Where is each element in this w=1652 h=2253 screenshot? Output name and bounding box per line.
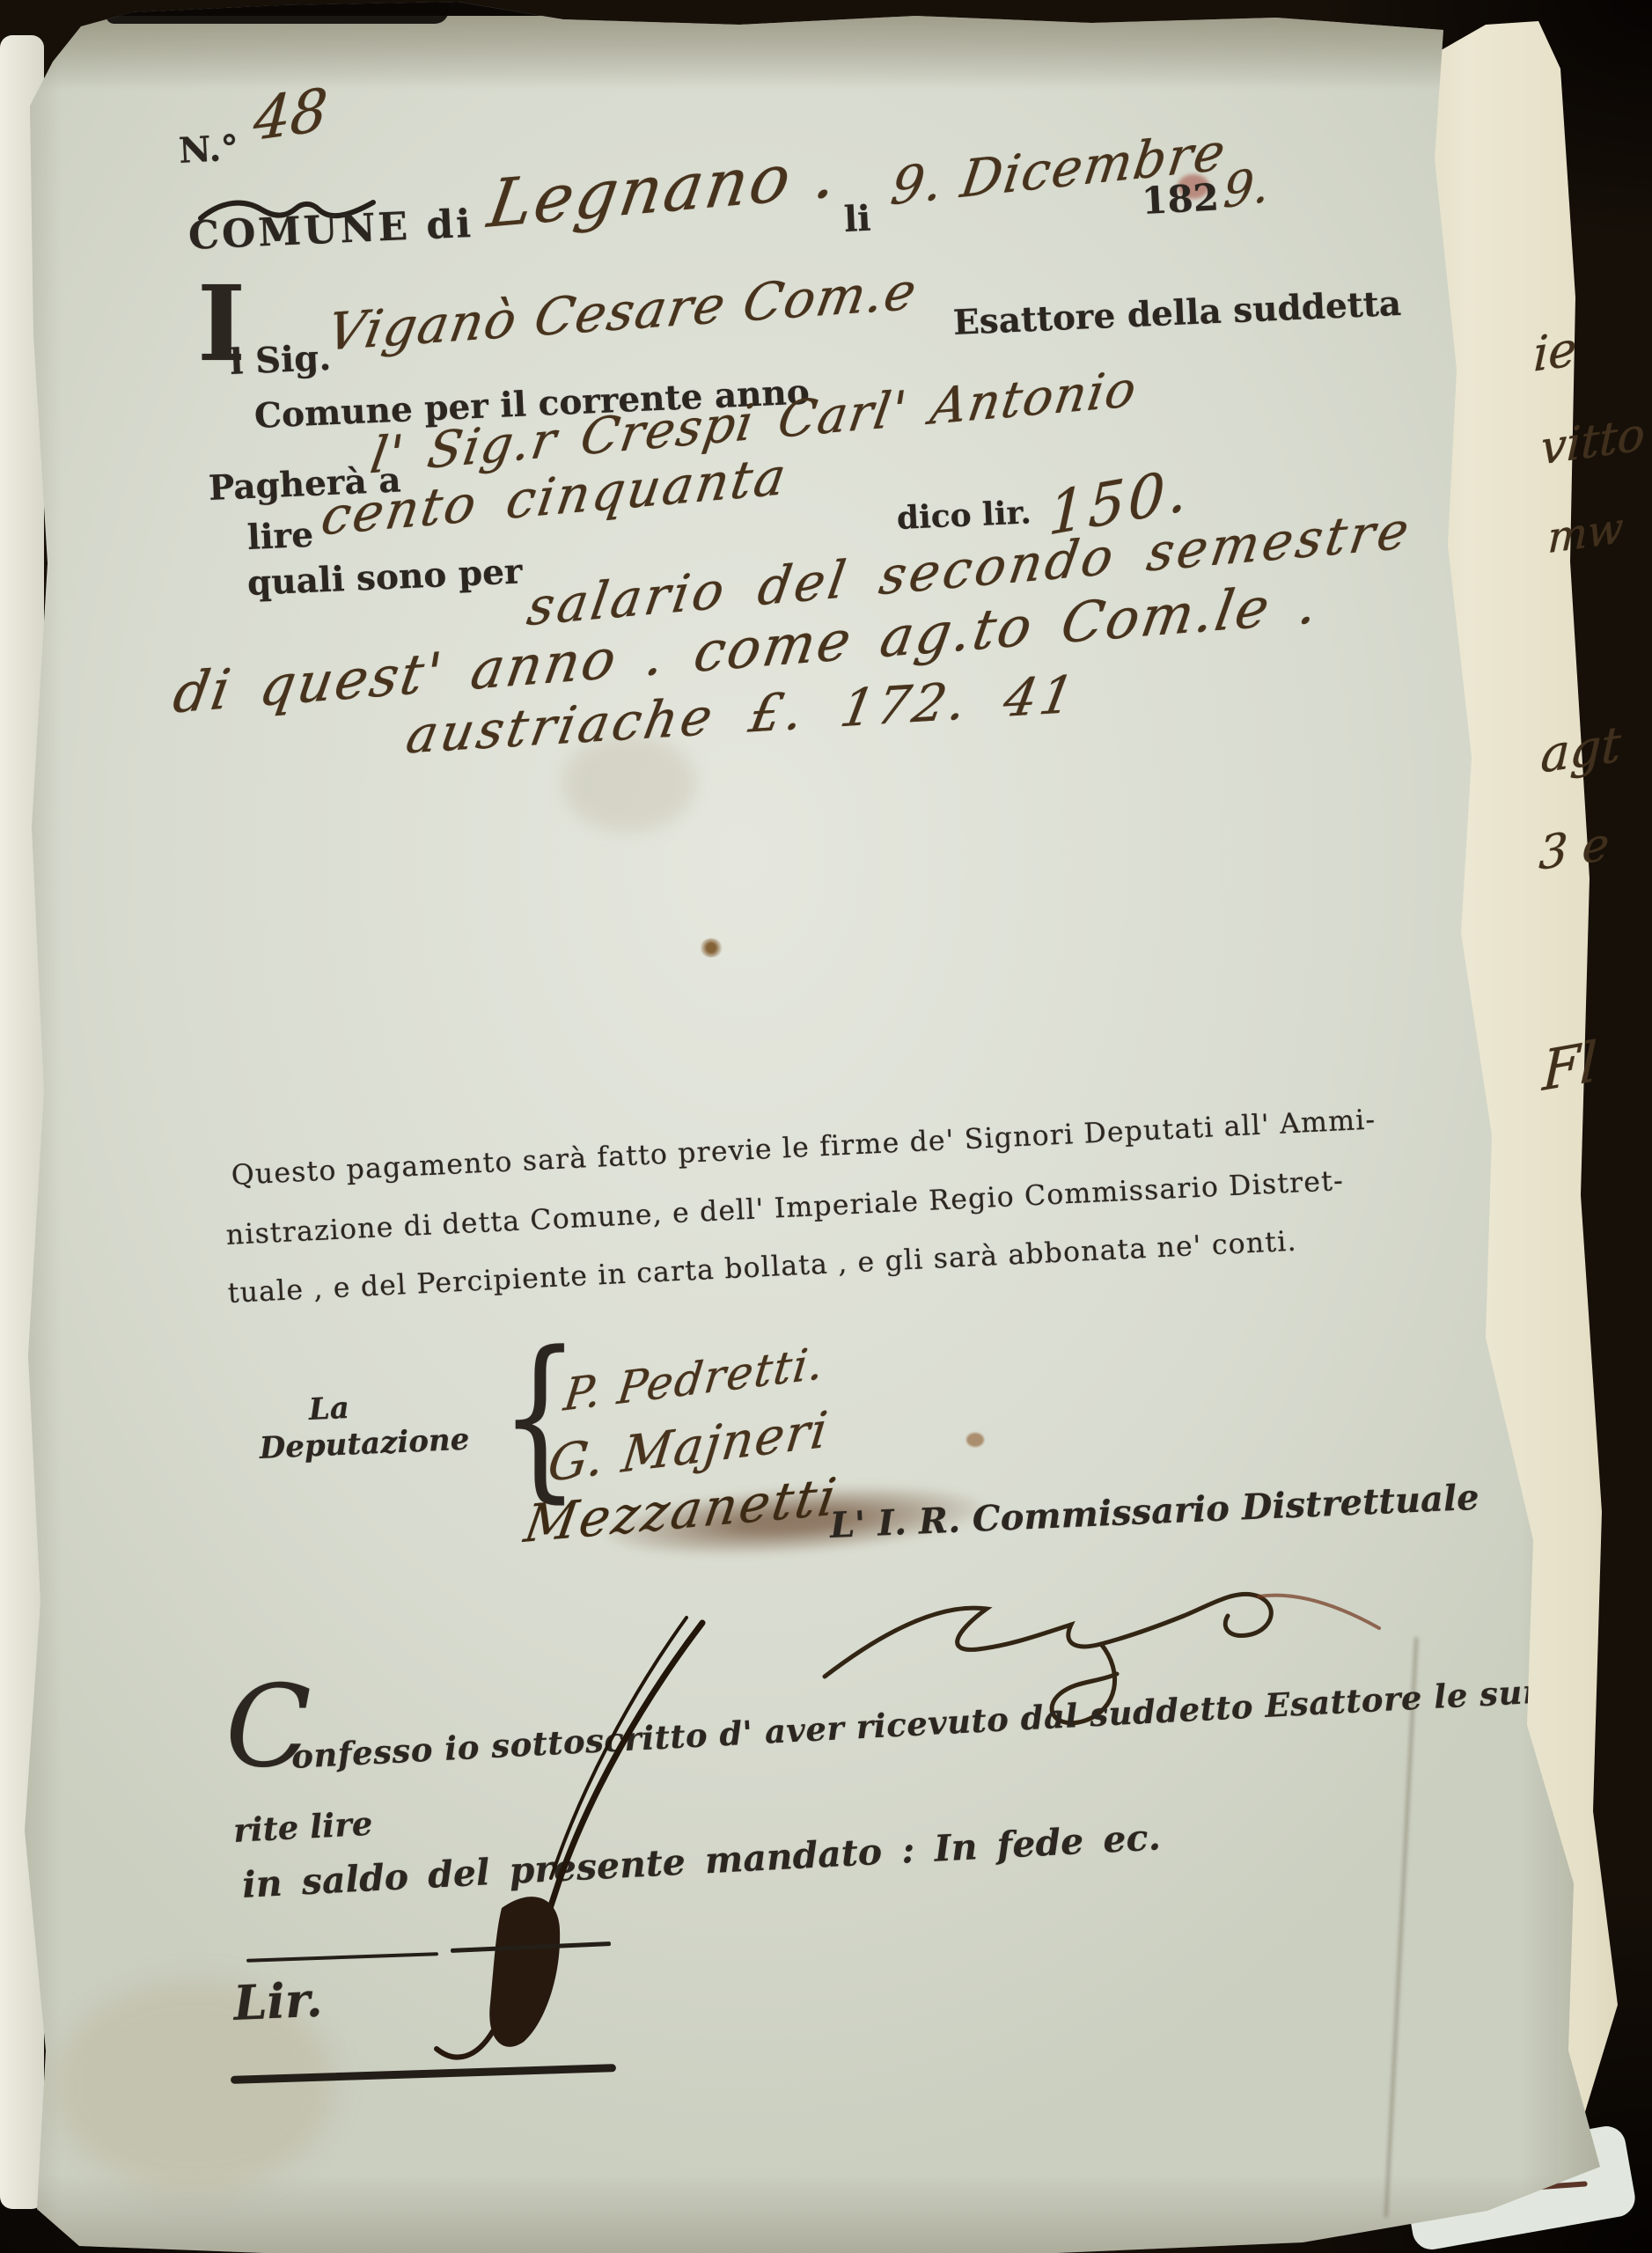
dico-label: dico lir. <box>896 494 1032 537</box>
adjacent-page-fragment: agt <box>1539 716 1621 785</box>
number-value: 48 <box>252 75 330 154</box>
lire-label: lire <box>246 515 314 558</box>
payer-name: Viganò Cesare Com.e <box>323 261 922 363</box>
sig-prefix: l Sig. <box>229 337 332 383</box>
comune-name: Legnano . <box>483 136 845 243</box>
paper-edge-shading <box>0 0 1652 2253</box>
date-year-printed: 182 <box>1141 175 1220 223</box>
photographed-document-scene: ie vitto mw agt 3 e Fl N.° 48 COMUNE di … <box>0 0 1652 2253</box>
pen-flourish-ink-blot <box>378 1618 783 2102</box>
document-page: N.° 48 COMUNE di Legnano . li 9. Dicembr… <box>0 0 1652 2253</box>
lir-label: Lir. <box>232 1971 323 2031</box>
adjacent-page-fragment: ie <box>1532 320 1577 383</box>
ink-fleck <box>966 1433 984 1447</box>
quali-label: quali sono per <box>246 551 523 604</box>
esattore-text: Esattore della suddetta <box>952 283 1402 343</box>
adjacent-page-fragment: 3 e <box>1538 818 1610 881</box>
adjacent-page-fragment: Fl <box>1541 1029 1598 1104</box>
deputation-label: Deputazione <box>259 1422 470 1466</box>
number-label: N.° <box>178 127 239 171</box>
date-prefix: li <box>843 198 871 240</box>
receipt-line-2: rite lire <box>232 1804 373 1850</box>
top-gap-dark-strip <box>106 0 449 24</box>
adjacent-page-fragment: mw <box>1546 503 1624 564</box>
deputation-la: La <box>308 1391 350 1427</box>
commissario-title: L' I. R. Commissario Distrettuale <box>829 1477 1480 1546</box>
ink-stain <box>700 938 723 958</box>
date-year-hand: 9. <box>1222 157 1271 219</box>
